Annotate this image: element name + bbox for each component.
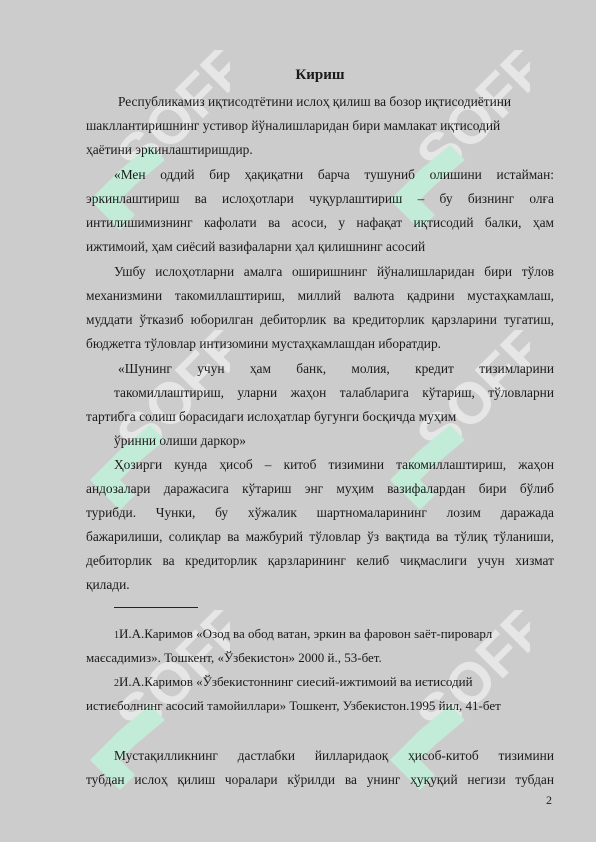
paragraph-line: андозалари даражасига кўтариш энг муҳим … [86, 480, 554, 498]
paragraph-line: ўринни олиши даркор» [114, 432, 554, 450]
footnote-1: 1И.А.Каримов «Озод ва обод ватан, эркин … [114, 625, 554, 645]
paragraph-line: шакллантиришнинг устивор йўналишларидан … [86, 117, 554, 135]
footnote-line: маєсадимиз». Тошкент, «Ўзбекистон» 2000 … [86, 649, 554, 667]
footnote-text: И.А.Каримов «Озод ва обод ватан, эркин в… [119, 626, 492, 641]
paragraph-line: дебиторлик ва кредиторлик қарзларининг к… [86, 552, 554, 570]
paragraph-line: бюджетга тўловлар интизомини мустаҳкамла… [86, 335, 554, 353]
page-title: Кириш [86, 65, 554, 85]
paragraph-line: такомиллаштириш, уларни жаҳон талаблариг… [114, 384, 554, 402]
paragraph-line: тартибга солиш борасидаги ислоҳатлар буг… [86, 408, 554, 426]
paragraph-line: Мустақилликнинг дастлабки йилларидаоқ ҳи… [114, 747, 554, 765]
paragraph-line: Республикамиз иқтисодтётини ислоҳ қилиш … [118, 93, 554, 111]
footnote-separator [114, 607, 198, 608]
paragraph-line: Ушбу ислоҳотларни амалга оширишнинг йўна… [114, 263, 554, 281]
paragraph-line: «Мен оддий бир ҳақиқатни барча тушуниб о… [114, 166, 554, 184]
paragraph-line: интилишимизнинг кафолати ва асоси, у наф… [86, 214, 554, 232]
paragraph-line: ҳаётини эркинлаштиришдир. [86, 141, 554, 159]
paragraph-line: қилади. [86, 576, 554, 594]
paragraph-line: механизмини такомиллаштириш, миллий валю… [86, 287, 554, 305]
footnote-text: И.А.Каримов «Ўзбекистоннинг сиесий-ижтим… [119, 674, 473, 689]
paragraph-line: эркинлаштириш ва ислоҳотлари чуқурлаштир… [86, 190, 554, 208]
page-number: 2 [546, 793, 552, 808]
paragraph-line: турибди. Чунки, бу хўжалик шартномаларин… [86, 504, 554, 522]
paragraph-line: «Шунинг учун ҳам банк, молия, кредит тиз… [118, 360, 554, 378]
footnote-2: 2И.А.Каримов «Ўзбекистоннинг сиесий-ижти… [114, 673, 554, 693]
paragraph-line: муддати ўтказиб юборилган дебиторлик ва … [86, 311, 554, 329]
paragraph-line: бажарилиши, солиқлар ва мажбурий тўловла… [86, 528, 554, 546]
paragraph-line: ижтимоий, ҳам сиёсий вазифаларни ҳал қил… [86, 238, 554, 256]
paragraph-line: Ҳозирги кунда ҳисоб – китоб тизимини так… [114, 456, 554, 474]
paragraph-line: тубдан ислоҳ қилиш чоралари кўрилди ва у… [86, 771, 554, 789]
footnote-line: истиєболнинг асосий тамойиллари» Тошкент… [86, 697, 554, 715]
